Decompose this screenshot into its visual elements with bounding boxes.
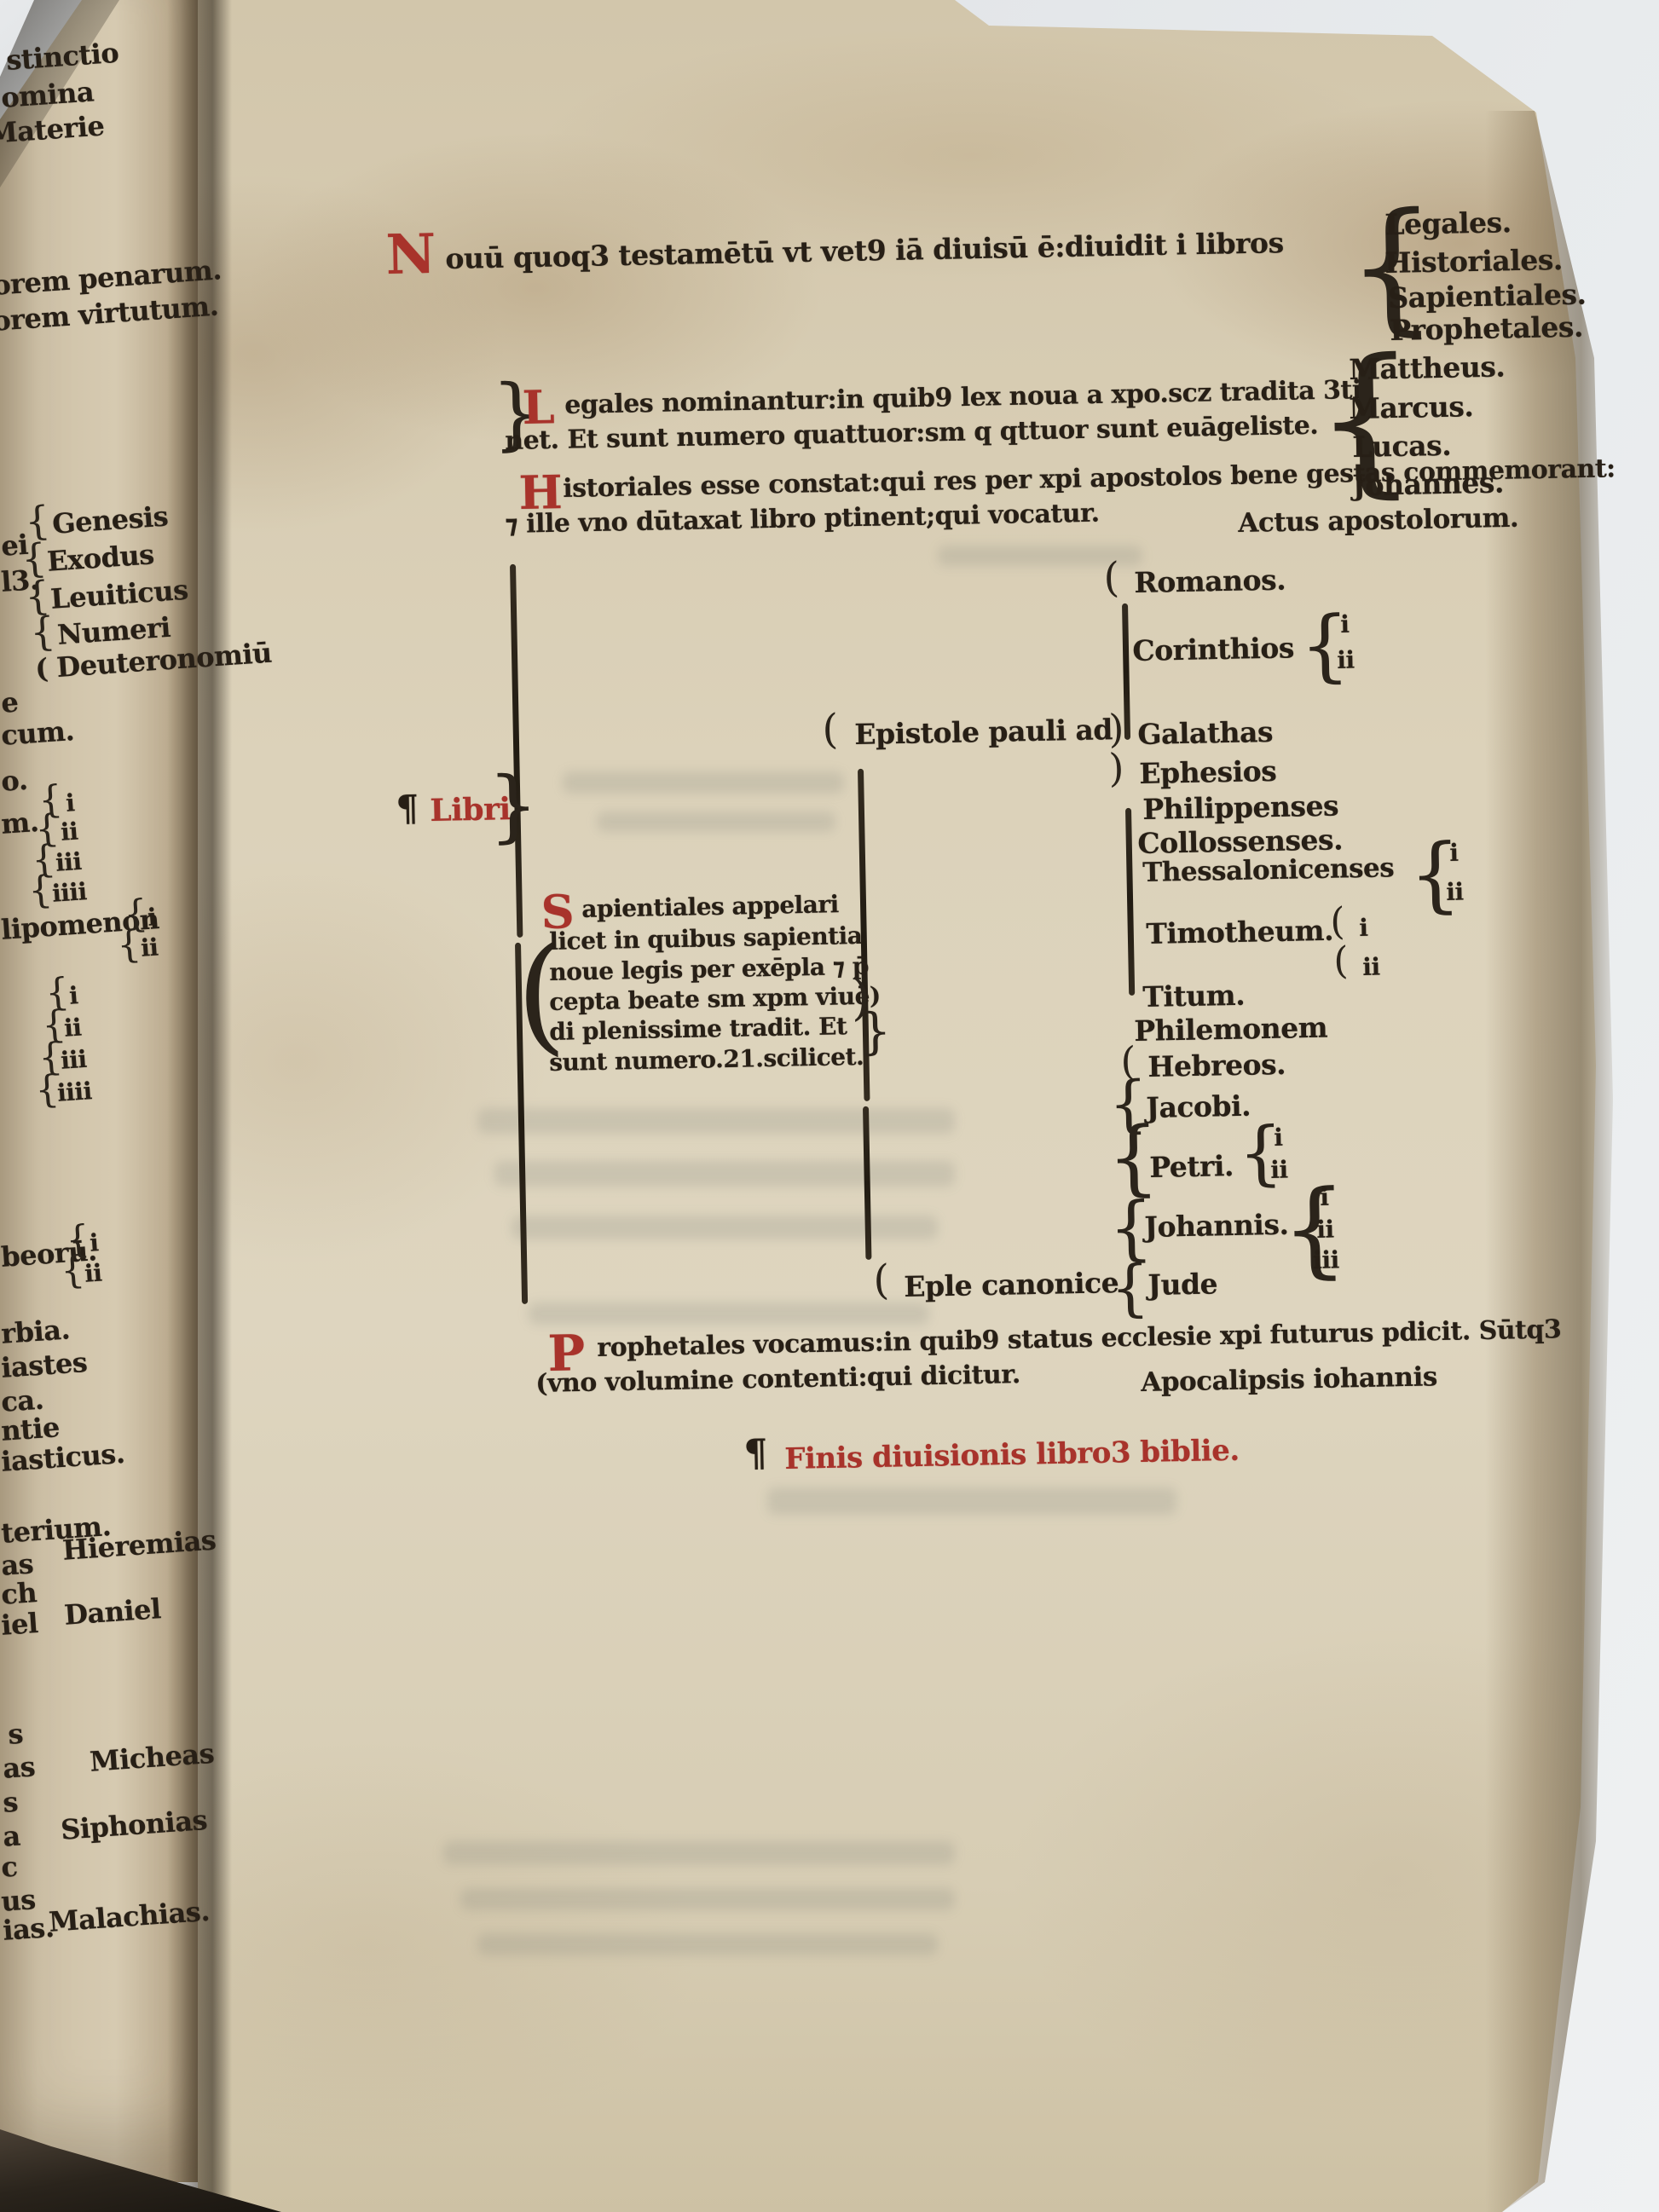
margin-fragment: as <box>2 1750 36 1785</box>
margin-numeral: ii <box>63 1014 83 1042</box>
book-galathas: Galathas <box>1137 715 1273 751</box>
galathas-paren: ) <box>1108 711 1124 748</box>
book-corinthios: Corinthios <box>1132 631 1294 667</box>
corinthios-num-i: i <box>1340 610 1350 638</box>
finis-pilcrow-icon: ¶ <box>743 1431 767 1476</box>
book-ephesios: Ephesios <box>1139 754 1277 790</box>
book-hebreos: Hebreos. <box>1147 1048 1286 1083</box>
thessalonicenses-num-i: i <box>1449 839 1459 867</box>
bleedthrough-ghost-line <box>443 1841 955 1865</box>
book-photo-scene: N ouū quoq3 testamētū vt vet9 iā diuisū … <box>0 0 1659 2212</box>
margin-fragment: ias. <box>2 1911 55 1947</box>
bleedthrough-ghost-line <box>767 1487 1176 1515</box>
canonice-paren: ( <box>873 1262 890 1300</box>
bleedthrough-ghost-line <box>477 1108 955 1134</box>
margin-fragment: rbia. <box>0 1313 71 1350</box>
corinthios-num-ii: ii <box>1337 646 1355 674</box>
margin-fragment: iastes <box>0 1346 88 1384</box>
bleedthrough-ghost-line <box>563 771 844 794</box>
margin-fragment: o. <box>0 764 28 798</box>
margin-fragment: omina <box>0 75 95 114</box>
book-titum: Titum. <box>1142 979 1245 1014</box>
margin-book-daniel: Daniel <box>63 1592 162 1632</box>
margin-numeral: iiii <box>51 877 88 908</box>
book-romanos: Romanos. <box>1134 563 1286 599</box>
sapientiales-line1: apientiales appelari <box>581 890 839 923</box>
johannis-num-i: i <box>1320 1183 1329 1211</box>
book-philippenses: Philippenses <box>1142 789 1338 826</box>
book-timotheum: Timotheum. <box>1146 914 1333 950</box>
division-item-prophetales: Prophetales. <box>1390 310 1583 347</box>
margin-numeral: ii <box>140 933 159 962</box>
margin-numeral: ii <box>84 1259 103 1288</box>
epistole-paren: ( <box>822 711 839 749</box>
bleedthrough-ghost-line <box>597 811 835 832</box>
epistole-pauli-label: Epistole pauli ad <box>854 713 1113 751</box>
evangelist-mattheus: Mattheus. <box>1349 349 1506 386</box>
petri-num-i: i <box>1274 1123 1283 1152</box>
margin-numeral: iii <box>55 847 83 877</box>
sapientiales-line6: sunt numero.21.scilicet. <box>549 1042 864 1077</box>
timotheum-num-i: i <box>1359 914 1368 942</box>
margin-fragment: a <box>2 1820 21 1853</box>
timotheum-paren-i: ( <box>1330 905 1345 940</box>
thessalonicenses-num-ii: ii <box>1446 878 1464 906</box>
libri-pilcrow-icon: ¶ <box>396 787 419 829</box>
margin-fragment: ch <box>0 1576 38 1611</box>
header-initial: N <box>385 222 436 287</box>
book-jude: Jude <box>1147 1267 1217 1302</box>
bleedthrough-ghost-line <box>477 1933 938 1955</box>
division-item-sapientiales: Sapientiales. <box>1388 278 1587 315</box>
book-jacobi: Jacobi. <box>1146 1089 1251 1124</box>
margin-fragment: s <box>7 1718 24 1751</box>
timotheum-paren-ii: ( <box>1333 944 1349 979</box>
historiales-result: Actus apostolorum. <box>1238 503 1518 539</box>
bleedthrough-ghost-line <box>512 1216 938 1239</box>
johannis-num-ii: ii <box>1316 1216 1334 1244</box>
margin-fragment: cum. <box>0 714 75 752</box>
evangelist-marcus: Marcus. <box>1349 390 1474 425</box>
bleedthrough-ghost-line <box>460 1888 955 1910</box>
margin-fragment: s <box>2 1786 19 1819</box>
ephesios-paren: ) <box>1108 750 1124 787</box>
margin-fragment: c <box>0 1851 19 1884</box>
margin-numeral: iii <box>60 1045 88 1075</box>
margin-numeral: ii <box>60 817 79 846</box>
romanos-paren: ( <box>1103 559 1120 598</box>
prophetales-result: Apocalipsis iohannis <box>1141 1361 1437 1398</box>
margin-fragment: e <box>0 686 19 719</box>
margin-numeral: iiii <box>56 1077 93 1107</box>
johannis-num-iii: iii <box>1313 1245 1339 1274</box>
book-gutter-shadow <box>167 0 232 2212</box>
margin-brace: { <box>29 614 56 650</box>
book-petri: Petri. <box>1149 1149 1234 1184</box>
bleedthrough-ghost-line <box>494 1161 955 1187</box>
division-item-legales: Legales. <box>1384 205 1512 241</box>
book-thessalonicenses: Thessalonicenses <box>1142 852 1394 888</box>
margin-brace: { <box>60 1253 86 1288</box>
bleedthrough-ghost-line <box>529 1302 929 1325</box>
division-item-historiales: Historiales. <box>1384 243 1563 280</box>
sapientiales-right-paren2: } <box>859 1008 892 1054</box>
margin-fragment: iel <box>0 1607 39 1642</box>
book-johannis: Johannis. <box>1144 1208 1289 1244</box>
libri-brace: } <box>488 770 539 843</box>
book-philemonem: Philemonem <box>1134 1011 1327 1048</box>
timotheum-num-ii: ii <box>1362 953 1380 981</box>
margin-brace: { <box>116 927 142 962</box>
sapientiales-line5: di plenissime tradit. Et <box>549 1012 847 1046</box>
margin-brace: { <box>27 873 54 908</box>
canonice-label: Eple canonice <box>904 1266 1119 1303</box>
sapientiales-line2: licet in quibus sapientia <box>549 921 863 956</box>
